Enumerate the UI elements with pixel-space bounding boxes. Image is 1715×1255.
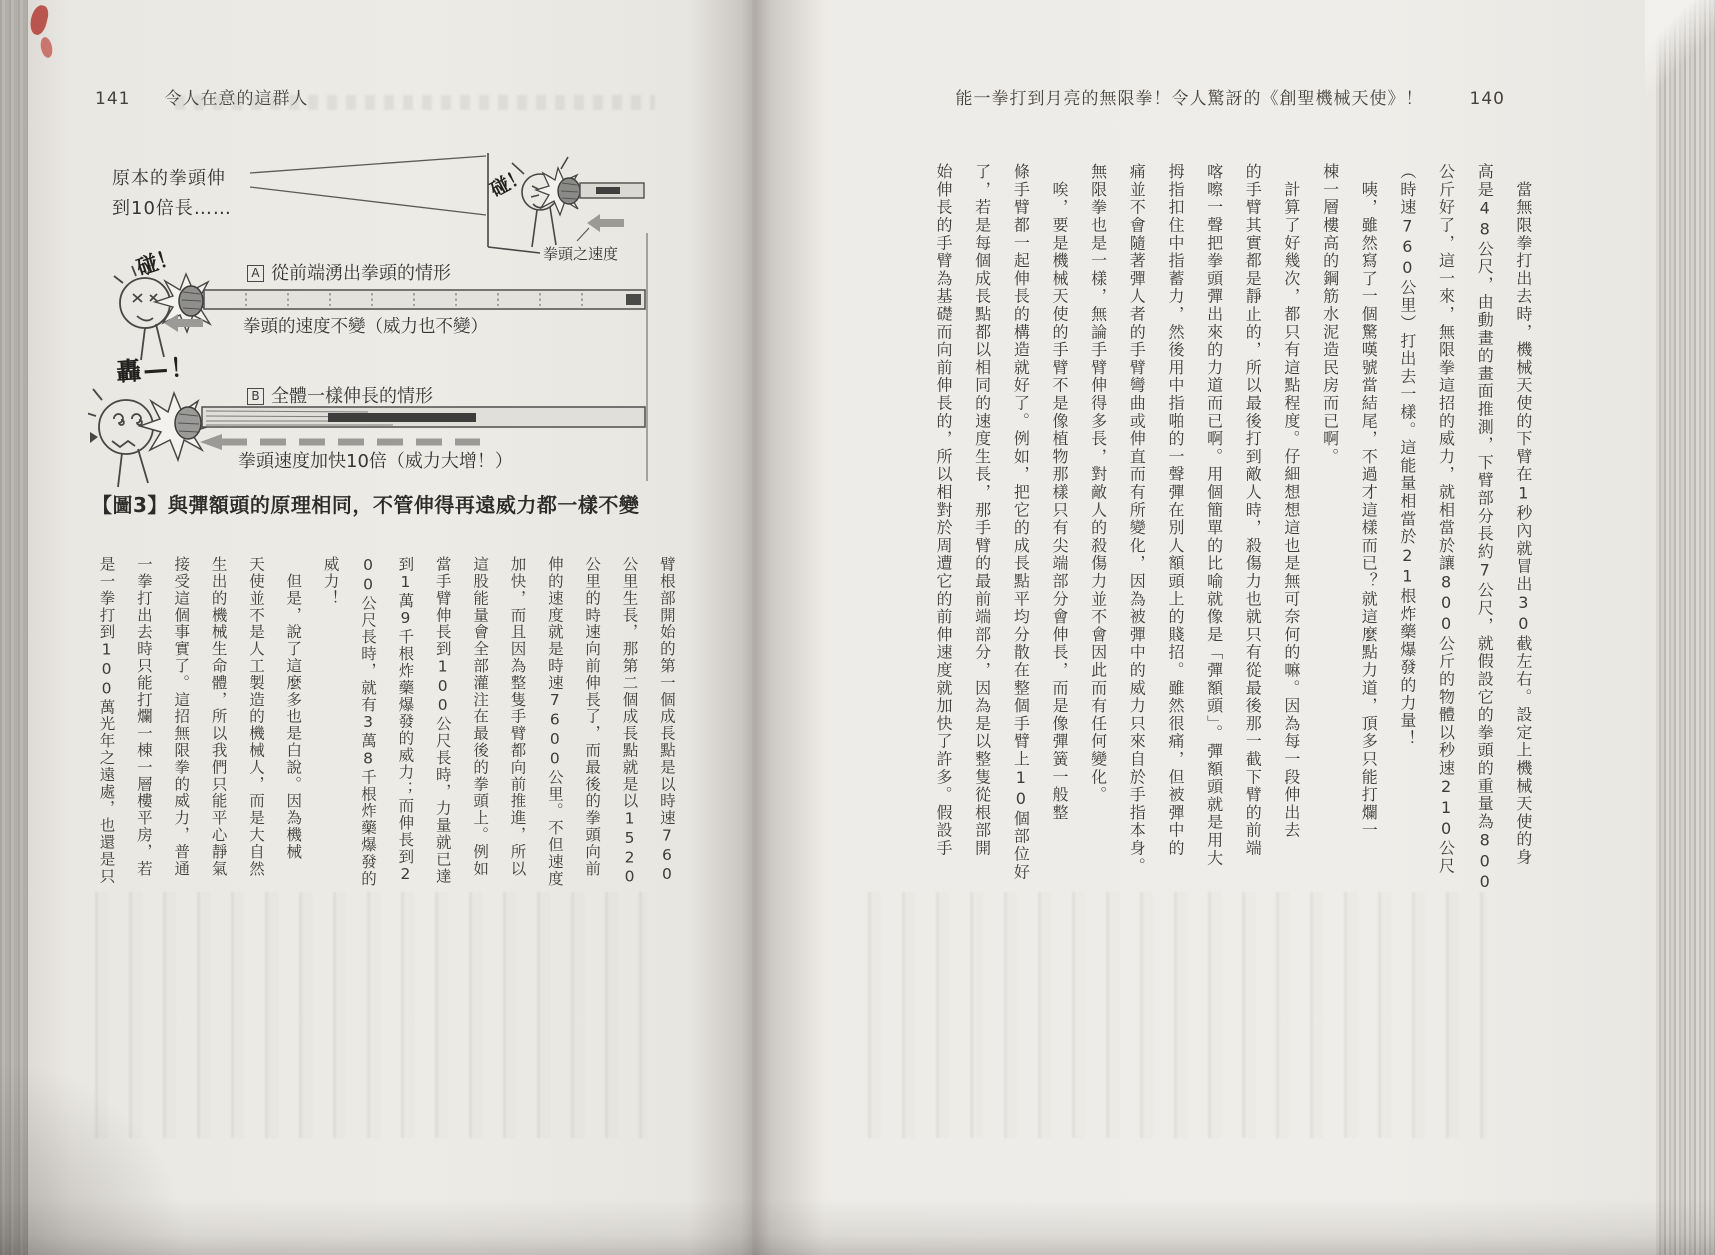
left-page-body-text: 臂根部開始的第一個成長點是以時速760 公里生長，那第二個成長點就是以1520 … <box>98 556 674 878</box>
text-column: 生出的機械生命體，所以我們只能平心靜氣 <box>210 556 226 878</box>
text-column: 唉，要是機械天使的手臂不是像植物那樣只有尖端部分會伸長，而是像彈簧一般整 <box>1051 163 1067 879</box>
text-column: 威力！ <box>322 556 338 878</box>
right-fore-edge <box>1656 0 1715 1255</box>
text-column: 公斤好了，這一來，無限拳這招的威力，就相當於讓800公斤的物體以秒速210公尺 <box>1438 163 1454 879</box>
text-column: 但是，說了這麼多也是白說。因為機械 <box>285 556 301 878</box>
figure-row-b-note: 拳頭速度加快10倍（威力大增！） <box>238 447 513 473</box>
fist-icon <box>179 286 203 316</box>
callout-leader-lines <box>250 156 486 215</box>
text-column: （時速760公里）打出去一樣。這能量相當於21根炸藥爆發的力量！ <box>1399 163 1415 879</box>
text-column: 了，若是每個成長點都以相同的速度生長，那手臂的最前端部分，因為是以整隻從根部開 <box>974 163 990 879</box>
figure-callout-line2: 到10倍長…… <box>112 194 232 224</box>
fist-icon <box>558 178 580 204</box>
speed-label-leader <box>577 228 589 241</box>
text-column: 伸的速度就是時速7600公里。不但速度 <box>546 556 562 878</box>
arm-bar-a <box>204 290 645 309</box>
figure-row-a-title-text: 從前端湧出拳頭的情形 <box>271 263 451 284</box>
text-column: 無限拳也是一樣，無論手臂伸得多長，對敵人的殺傷力並不會因此而有任何變化。 <box>1090 163 1106 879</box>
left-arrow-icon <box>587 214 624 232</box>
text-column: 計算了好幾次，都只有這點程度。仔細想想這也是無可奈何的嘛。因為每一段伸出去 <box>1283 163 1299 879</box>
text-column: 臂根部開始的第一個成長點是以時速760 <box>658 556 674 878</box>
top-right-page-corner <box>1645 0 1715 95</box>
text-column: 到1萬9千根炸藥爆發的威力；而伸長到2 <box>397 556 413 878</box>
badge-b: B <box>247 388 264 405</box>
text-column: 喀嚓一聲把拳頭彈出來的力道而已啊。用個簡單的比喻就像是「彈額頭」。彈額頭就是用大 <box>1206 163 1222 879</box>
text-column: 當無限拳打出去時，機械天使的下臂在1秒內就冒出30截左右。設定上機械天使的身 <box>1515 163 1531 879</box>
left-page-edge <box>0 0 28 1255</box>
text-column: 始伸長的手臂為基礎而向前伸長的，所以相對於周遭它的前伸速度就加快了許多。假設手 <box>935 163 951 879</box>
sweat-drop-icon <box>90 432 98 443</box>
text-column: 棟一層樓高的鋼筋水泥造民房而已啊。 <box>1322 163 1338 879</box>
figure-row-a-note: 拳頭的速度不變（威力也不變） <box>243 313 488 338</box>
row-b-face <box>88 389 153 487</box>
text-column: 是一拳打到100萬光年之遠處，也還是只 <box>98 556 114 878</box>
right-running-head: 能一拳打到月亮的無限拳！令人驚訝的《創聖機械天使》！ 140 <box>956 84 1505 109</box>
text-column: 00公尺長時，就有3萬8千根炸藥爆發的 <box>360 556 376 878</box>
figure-row-b-title: B全體一樣伸長的情形 <box>247 382 433 408</box>
text-column: 接受這個事實了。這招無限拳的威力，普通 <box>173 556 189 878</box>
text-column: 高是48公尺，由動畫的畫面推測，下臂部分長約7公尺，就假設它的拳頭的重量為800 <box>1476 163 1492 879</box>
figure-row-a-title: A從前端湧出拳頭的情形 <box>247 259 451 285</box>
fist-speed-label: 拳頭之速度 <box>543 243 618 264</box>
impact-sfx-b: 轟—！ <box>115 347 198 389</box>
figure-caption: 【圖3】與彈額頭的原理相同，不管伸得再遠威力都一樣不變 <box>92 489 639 518</box>
figure-callout: 原本的拳頭伸 到10倍長…… <box>112 164 232 224</box>
right-page-number: 140 <box>1470 89 1505 109</box>
right-running-head-title: 能一拳打到月亮的無限拳！令人驚訝的《創聖機械天使》！ <box>956 84 1424 109</box>
text-column: 當手臂伸長到100公尺長時，力量就已達 <box>434 556 450 878</box>
left-running-head-title: 令人在意的這群人 <box>164 84 308 109</box>
text-column: 加快，而且因為整隻手臂都向前推進，所以 <box>509 556 525 878</box>
figure-row-b-title-text: 全體一樣伸長的情形 <box>271 386 433 407</box>
badge-a: A <box>247 265 264 282</box>
text-column: 公里的時速向前伸長了，而最後的拳頭向前 <box>584 556 600 878</box>
text-column: 的手臂其實都是靜止的，所以最後打到敵人時，殺傷力也就只有從最後那一截下臂的前端 <box>1244 163 1260 879</box>
fist-icon <box>175 407 201 439</box>
text-column: 公里生長，那第二個成長點就是以1520 <box>621 556 637 878</box>
figure-callout-line1: 原本的拳頭伸 <box>112 164 232 194</box>
text-column: 這股能量會全部灌注在最後的拳頭上。例如 <box>472 556 488 878</box>
arm-dark-segment <box>596 187 620 194</box>
text-column: 痛並不會隨著彈人者的手臂彎曲或伸直而有所變化，因為被彈中的威力只來自於手指本身。 <box>1128 163 1144 879</box>
left-running-head: 141 令人在意的這群人 <box>95 84 308 109</box>
arm-end-dark-segment <box>626 294 641 305</box>
text-column: 拇指扣住中指蓄力，然後用中指啪的一聲彈在別人額頭上的賤招。雖然很痛，但被彈中的 <box>1167 163 1183 879</box>
arm-dark-segment-b <box>328 413 476 422</box>
left-page-number: 141 <box>95 89 130 109</box>
left-arrow-head-icon <box>200 434 222 450</box>
text-column: 條手臂都一起伸長的構造就好了。例如，把它的成長點平均分散在整個手臂上10個部位好 <box>1012 163 1028 879</box>
text-column: 天使並不是人工製造的機械人，而是大自然 <box>247 556 263 878</box>
text-column: 一拳打出去時只能打爛一棟一層樓平房，若 <box>135 556 151 878</box>
right-page-body-text: 當無限拳打出去時，機械天使的下臂在1秒內就冒出30截左右。設定上機械天使的身 高… <box>935 163 1531 879</box>
book-scan-spread: 141 令人在意的這群人 能一拳打到月亮的無限拳！令人驚訝的《創聖機械天使》！ … <box>0 0 1715 1255</box>
text-column: 咦，雖然寫了一個驚嘆號當結尾，不過才這樣而已？就這麼點力道，頂多只能打爛一 <box>1360 163 1376 879</box>
